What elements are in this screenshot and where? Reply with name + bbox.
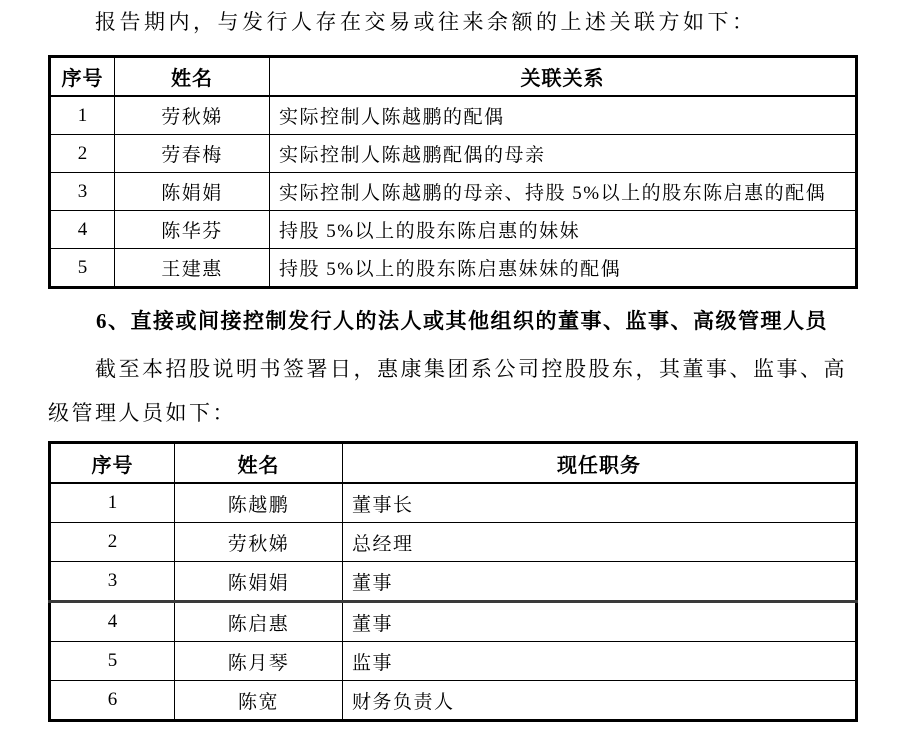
row-seq: 5 [50,249,115,288]
intro-paragraph: 报告期内，与发行人存在交易或往来余额的上述关联方如下： [48,8,855,36]
row-relation: 实际控制人陈越鹏的配偶 [270,96,857,135]
row-position: 董事 [343,602,857,642]
section-heading: 6、直接或间接控制发行人的法人或其他组织的董事、监事、高级管理人员 [48,307,855,335]
management-header-row: 序号 姓名 现任职务 [50,443,857,484]
row-name: 陈娟娟 [115,173,270,211]
row-seq: 4 [50,602,175,642]
table-row: 5 陈月琴 监事 [50,642,857,681]
row-position: 董事长 [343,483,857,523]
row-name: 劳秋娣 [115,96,270,135]
related-party-header-row: 序号 姓名 关联关系 [50,57,857,97]
prospectus-page: 报告期内，与发行人存在交易或往来余额的上述关联方如下： 序号 姓名 关联关系 1… [0,0,900,748]
row-seq: 2 [50,135,115,173]
management-table: 序号 姓名 现任职务 1 陈越鹏 董事长 2 劳秋娣 总经理 3 陈娟娟 董事 [48,441,858,722]
row-relation: 实际控制人陈越鹏的母亲、持股 5%以上的股东陈启惠的配偶 [270,173,857,211]
row-seq: 4 [50,211,115,249]
table-row: 6 陈宽 财务负责人 [50,681,857,721]
management-header-name: 姓名 [175,443,343,484]
row-seq: 3 [50,173,115,211]
body-paragraph: 截至本招股说明书签署日，惠康集团系公司控股股东，其董事、监事、高级管理人员如下： [48,347,855,435]
management-header-seq: 序号 [50,443,175,484]
table-row: 4 陈启惠 董事 [50,602,857,642]
row-position: 监事 [343,642,857,681]
row-seq: 5 [50,642,175,681]
row-seq: 1 [50,483,175,523]
row-name: 劳秋娣 [175,523,343,562]
table-row: 3 陈娟娟 董事 [50,562,857,602]
row-name: 陈华芬 [115,211,270,249]
row-name: 陈娟娟 [175,562,343,602]
table-row: 1 劳秋娣 实际控制人陈越鹏的配偶 [50,96,857,135]
related-party-header-name: 姓名 [115,57,270,97]
row-relation: 持股 5%以上的股东陈启惠妹妹的配偶 [270,249,857,288]
table-row: 2 劳秋娣 总经理 [50,523,857,562]
table-row: 4 陈华芬 持股 5%以上的股东陈启惠的妹妹 [50,211,857,249]
row-position: 董事 [343,562,857,602]
row-seq: 3 [50,562,175,602]
row-seq: 2 [50,523,175,562]
related-party-table: 序号 姓名 关联关系 1 劳秋娣 实际控制人陈越鹏的配偶 2 劳春梅 实际控制人… [48,55,858,289]
row-name: 王建惠 [115,249,270,288]
table-row: 2 劳春梅 实际控制人陈越鹏配偶的母亲 [50,135,857,173]
row-seq: 1 [50,96,115,135]
row-seq: 6 [50,681,175,721]
row-name: 陈启惠 [175,602,343,642]
related-party-header-relation: 关联关系 [270,57,857,97]
row-relation: 实际控制人陈越鹏配偶的母亲 [270,135,857,173]
table-row: 1 陈越鹏 董事长 [50,483,857,523]
table-row: 5 王建惠 持股 5%以上的股东陈启惠妹妹的配偶 [50,249,857,288]
row-position: 财务负责人 [343,681,857,721]
related-party-header-seq: 序号 [50,57,115,97]
row-relation: 持股 5%以上的股东陈启惠的妹妹 [270,211,857,249]
row-name: 陈月琴 [175,642,343,681]
table-row: 3 陈娟娟 实际控制人陈越鹏的母亲、持股 5%以上的股东陈启惠的配偶 [50,173,857,211]
row-position: 总经理 [343,523,857,562]
row-name: 陈宽 [175,681,343,721]
row-name: 劳春梅 [115,135,270,173]
management-header-position: 现任职务 [343,443,857,484]
row-name: 陈越鹏 [175,483,343,523]
